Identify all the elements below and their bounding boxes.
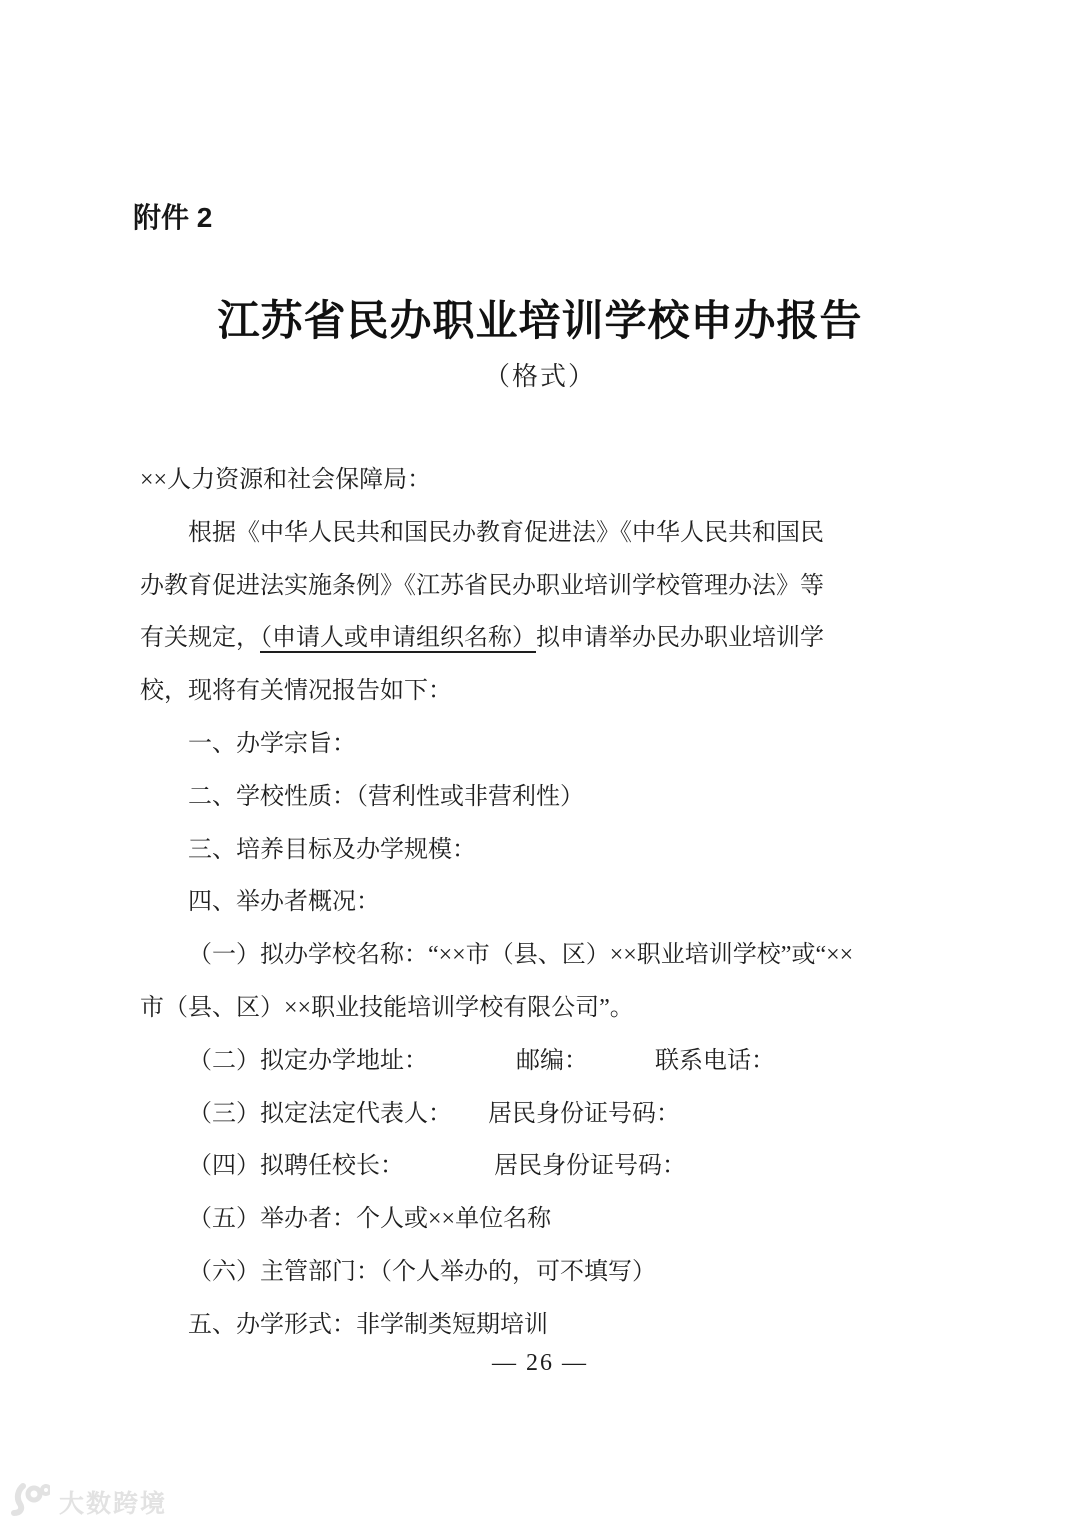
watermark-brand-text: 大数跨境 [59, 1484, 167, 1520]
list-item-3: 三、培养目标及办学规模： [140, 824, 950, 877]
id-number-field-label: 居民身份证号码： [488, 1101, 680, 1127]
list-item-5: 五、办学形式：非学制类短期培训 [140, 1299, 950, 1352]
sub-item-4-2: （二）拟定办学地址：邮编：联系电话： [140, 1035, 950, 1088]
document-page: 附件 2 江苏省民办职业培训学校申办报告 （格式） ××人力资源和社会保障局： … [0, 0, 1080, 1528]
paragraph-line-4: 校，现将有关情况报告如下： [140, 665, 950, 718]
blank-fill-space [428, 1067, 516, 1068]
zip-field-label: 邮编： [516, 1048, 588, 1074]
ten-to-100-logo-icon [10, 1482, 50, 1521]
legal-representative-field-label: （三）拟定法定代表人： [188, 1101, 452, 1127]
phone-field-label: 联系电话： [655, 1048, 775, 1074]
principal-field-label: （四）拟聘任校长： [188, 1153, 404, 1179]
sub-item-4-6: （六）主管部门：（个人举办的，可不填写） [140, 1246, 950, 1299]
doc-subtitle: （格式） [0, 356, 1080, 393]
sub-item-4-5: （五）举办者：个人或××单位名称 [140, 1193, 950, 1246]
sub-item-4-1-line-1: （一）拟办学校名称：“××市（县、区）××职业培训学校”或“×× [140, 929, 950, 982]
salutation-line: ××人力资源和社会保障局： [140, 454, 950, 507]
blank-fill-space [452, 1120, 488, 1121]
paragraph-line-3: 有关规定，（申请人或申请组织名称）拟申请举办民办职业培训学 [140, 612, 950, 665]
regulation-prefix-text: 有关规定， [140, 625, 260, 651]
watermark: 大数跨境 [10, 1482, 167, 1521]
address-field-label: （二）拟定办学地址： [188, 1048, 428, 1074]
list-item-1: 一、办学宗旨： [140, 718, 950, 771]
applicant-name-blank: （申请人或申请组织名称） [260, 625, 536, 651]
regulation-suffix-text: 拟申请举办民办职业培训学 [536, 625, 824, 651]
page-number: — 26 — [0, 1350, 1080, 1377]
sub-item-4-4: （四）拟聘任校长：居民身份证号码： [140, 1140, 950, 1193]
sub-item-4-3: （三）拟定法定代表人：居民身份证号码： [140, 1088, 950, 1141]
sub-item-4-1-line-2: 市（县、区）××职业技能培训学校有限公司”。 [140, 982, 950, 1035]
list-item-2: 二、学校性质：（营利性或非营利性） [140, 771, 950, 824]
page-title: 江苏省民办职业培训学校申办报告 [0, 288, 1080, 348]
attachment-label: 附件 2 [133, 196, 212, 236]
blank-fill-space [588, 1067, 655, 1068]
document-body: ××人力资源和社会保障局： 根据《中华人民共和国民办教育促进法》《中华人民共和国… [140, 454, 950, 1352]
paragraph-line-1: 根据《中华人民共和国民办教育促进法》《中华人民共和国民 [140, 507, 950, 560]
blank-fill-space [404, 1172, 494, 1173]
paragraph-line-2: 办教育促进法实施条例》《江苏省民办职业培训学校管理办法》等 [140, 560, 950, 613]
id-number-field-label: 居民身份证号码： [494, 1153, 686, 1179]
list-item-4: 四、举办者概况： [140, 876, 950, 929]
